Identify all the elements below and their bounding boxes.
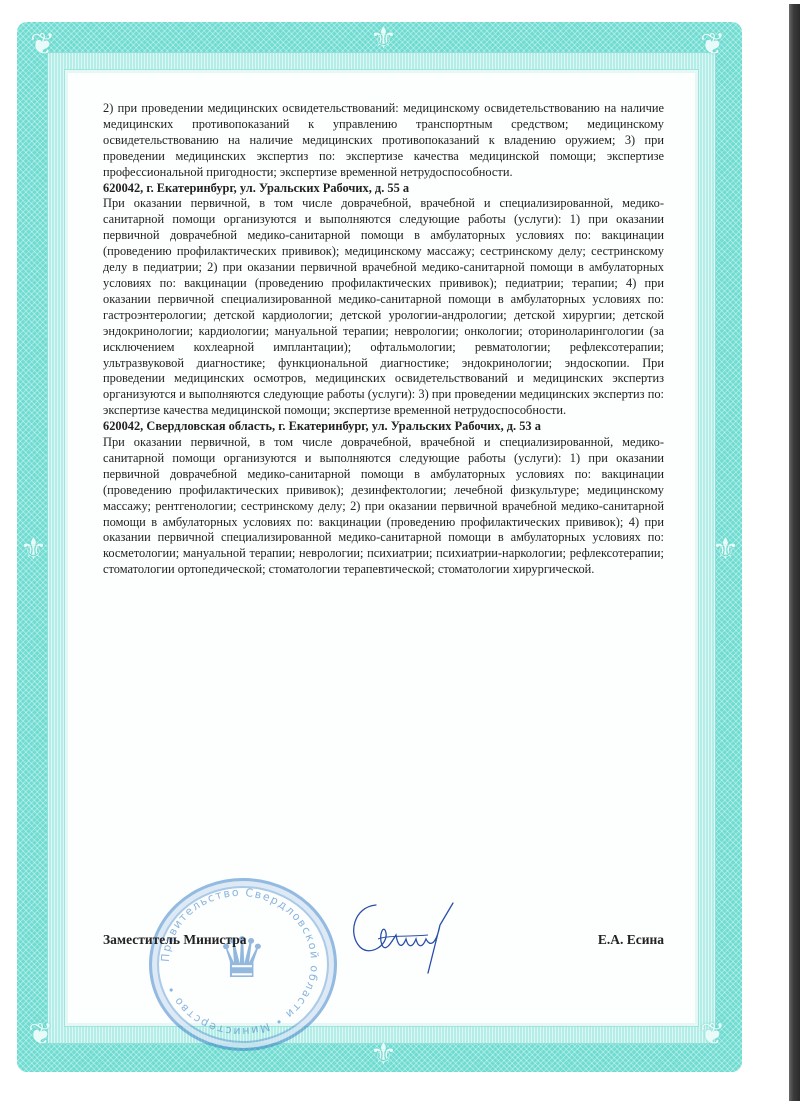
license-appendix-body: 2) при проведении медицинских освидетель… xyxy=(103,101,664,578)
official-seal: Правительство Свердловской области • Мин… xyxy=(149,878,337,1051)
corner-ornament-icon: ❦ xyxy=(30,30,55,60)
handwritten-signature-icon xyxy=(348,895,463,980)
paragraph-services: При оказании первичной, в том числе довр… xyxy=(103,196,664,419)
signatory-title: Заместитель Министра xyxy=(103,932,246,948)
fleur-ornament-icon: ⚜ xyxy=(20,535,47,565)
fleur-ornament-icon: ⚜ xyxy=(712,535,739,565)
address-heading: 620042, Свердловская область, г. Екатери… xyxy=(103,419,664,435)
fleur-ornament-icon: ⚜ xyxy=(370,1040,397,1070)
signatory-name: Е.А. Есина xyxy=(598,932,664,948)
paragraph-examinations: 2) при проведении медицинских освидетель… xyxy=(103,101,664,181)
paragraph-services: При оказании первичной, в том числе довр… xyxy=(103,435,664,578)
corner-ornament-icon: ❦ xyxy=(700,30,725,60)
address-heading: 620042, г. Екатеринбург, ул. Уральских Р… xyxy=(103,181,664,197)
fleur-ornament-icon: ⚜ xyxy=(370,24,397,54)
corner-ornament-icon: ❦ xyxy=(700,1020,725,1050)
scan-edge-shadow xyxy=(789,4,800,1101)
corner-ornament-icon: ❦ xyxy=(28,1020,53,1050)
